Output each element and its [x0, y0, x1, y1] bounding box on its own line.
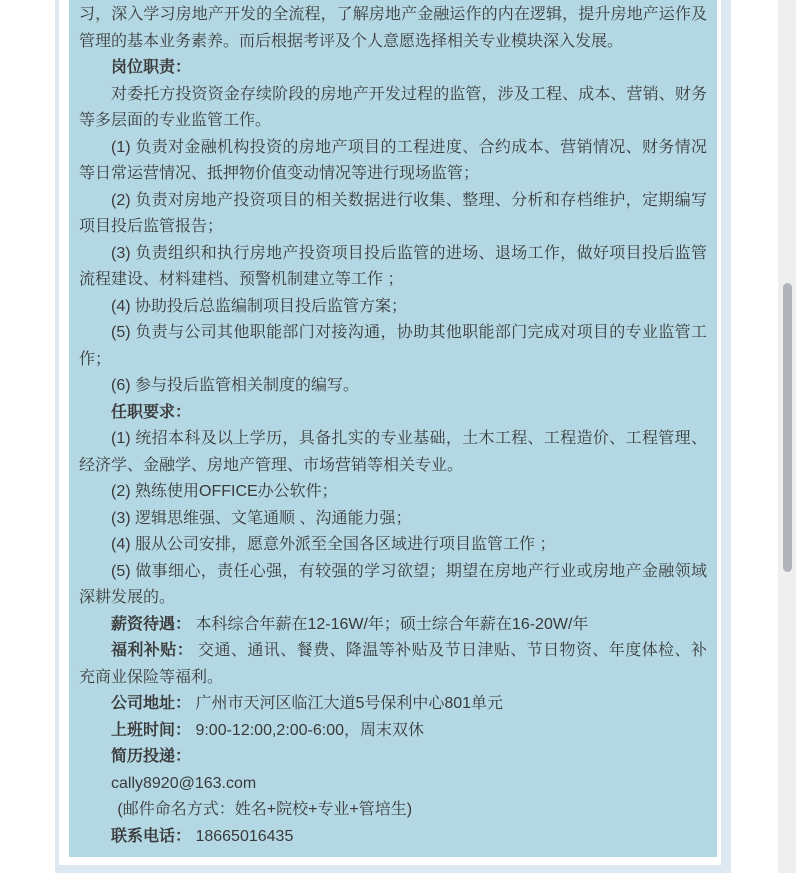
requirement-item-5: (5) 做事细心，责任心强，有较强的学习欲望；期望在房地产行业或房地产金融领域深… [79, 559, 707, 612]
duties-overview: 对委托方投资资金存续阶段的房地产开发过程的监管，涉及工程、成本、营销、财务等多层… [79, 82, 707, 135]
outer-panel: 习，深入学习房地产开发的全流程，了解房地产金融运作的内在逻辑，提升房地产运作及管… [55, 0, 731, 873]
scrollbar-thumb[interactable] [783, 283, 792, 572]
requirement-item-3: (3) 逻辑思维强、文笔通顺 、沟通能力强； [79, 506, 707, 533]
duty-item-6: (6) 参与投后监管相关制度的编写。 [79, 373, 707, 400]
heading-requirements-label: 任职要求： [111, 404, 191, 421]
heading-job-duties-label: 岗位职责： [111, 59, 191, 76]
phone-line-label: 联系电话： [111, 828, 191, 845]
email-line: cally8920@163.com [79, 771, 707, 798]
duty-item-5: (5) 负责与公司其他职能部门对接沟通，协助其他职能部门完成对项目的专业监管工作… [79, 320, 707, 373]
requirement-item-2: (2) 熟练使用OFFICE办公软件； [79, 479, 707, 506]
heading-resume-delivery-label: 简历投递： [111, 748, 191, 765]
document-card: 习，深入学习房地产开发的全流程，了解房地产金融运作的内在逻辑，提升房地产运作及管… [59, 0, 721, 865]
salary-line: 薪资待遇： 本科综合年薪在12-16W/年；硕士综合年薪在16-20W/年 [79, 612, 707, 639]
intro-continuation: 习，深入学习房地产开发的全流程，了解房地产金融运作的内在逻辑，提升房地产运作及管… [79, 2, 707, 55]
duty-item-4: (4) 协助投后总监编制项目投后监管方案； [79, 294, 707, 321]
job-posting-content: 习，深入学习房地产开发的全流程，了解房地产金融运作的内在逻辑，提升房地产运作及管… [69, 0, 717, 857]
benefits-line: 福利补贴： 交通、通讯、餐费、降温等补贴及节日津贴、节日物资、年度体检、补充商业… [79, 638, 707, 691]
address-line-label: 公司地址： [111, 695, 191, 712]
duty-item-2: (2) 负责对房地产投资项目的相关数据进行收集、整理、分析和存档维护，定期编写项… [79, 188, 707, 241]
requirement-item-4: (4) 服从公司安排，愿意外派至全国各区域进行项目监管工作 ； [79, 532, 707, 559]
phone-line: 联系电话： 18665016435 [79, 824, 707, 851]
email-naming-note: (邮件命名方式：姓名+院校+专业+管培生) [79, 797, 707, 824]
address-line: 公司地址： 广州市天河区临江大道5号保利中心801单元 [79, 691, 707, 718]
heading-job-duties: 岗位职责： [79, 55, 707, 82]
salary-line-label: 薪资待遇： [111, 616, 191, 633]
duty-item-3: (3) 负责组织和执行房地产投资项目投后监管的进场、退场工作，做好项目投后监管流… [79, 241, 707, 294]
work-hours-line: 上班时间： 9:00-12:00,2:00-6:00，周末双休 [79, 718, 707, 745]
requirement-item-1: (1) 统招本科及以上学历，具备扎实的专业基础，土木工程、工程造价、工程管理、经… [79, 426, 707, 479]
scrollbar-track[interactable] [778, 0, 796, 873]
heading-resume-delivery: 简历投递： [79, 744, 707, 771]
heading-requirements: 任职要求： [79, 400, 707, 427]
benefits-line-label: 福利补贴： [111, 642, 193, 659]
duty-item-1: (1) 负责对金融机构投资的房地产项目的工程进度、合约成本、营销情况、财务情况等… [79, 135, 707, 188]
work-hours-line-label: 上班时间： [111, 722, 191, 739]
